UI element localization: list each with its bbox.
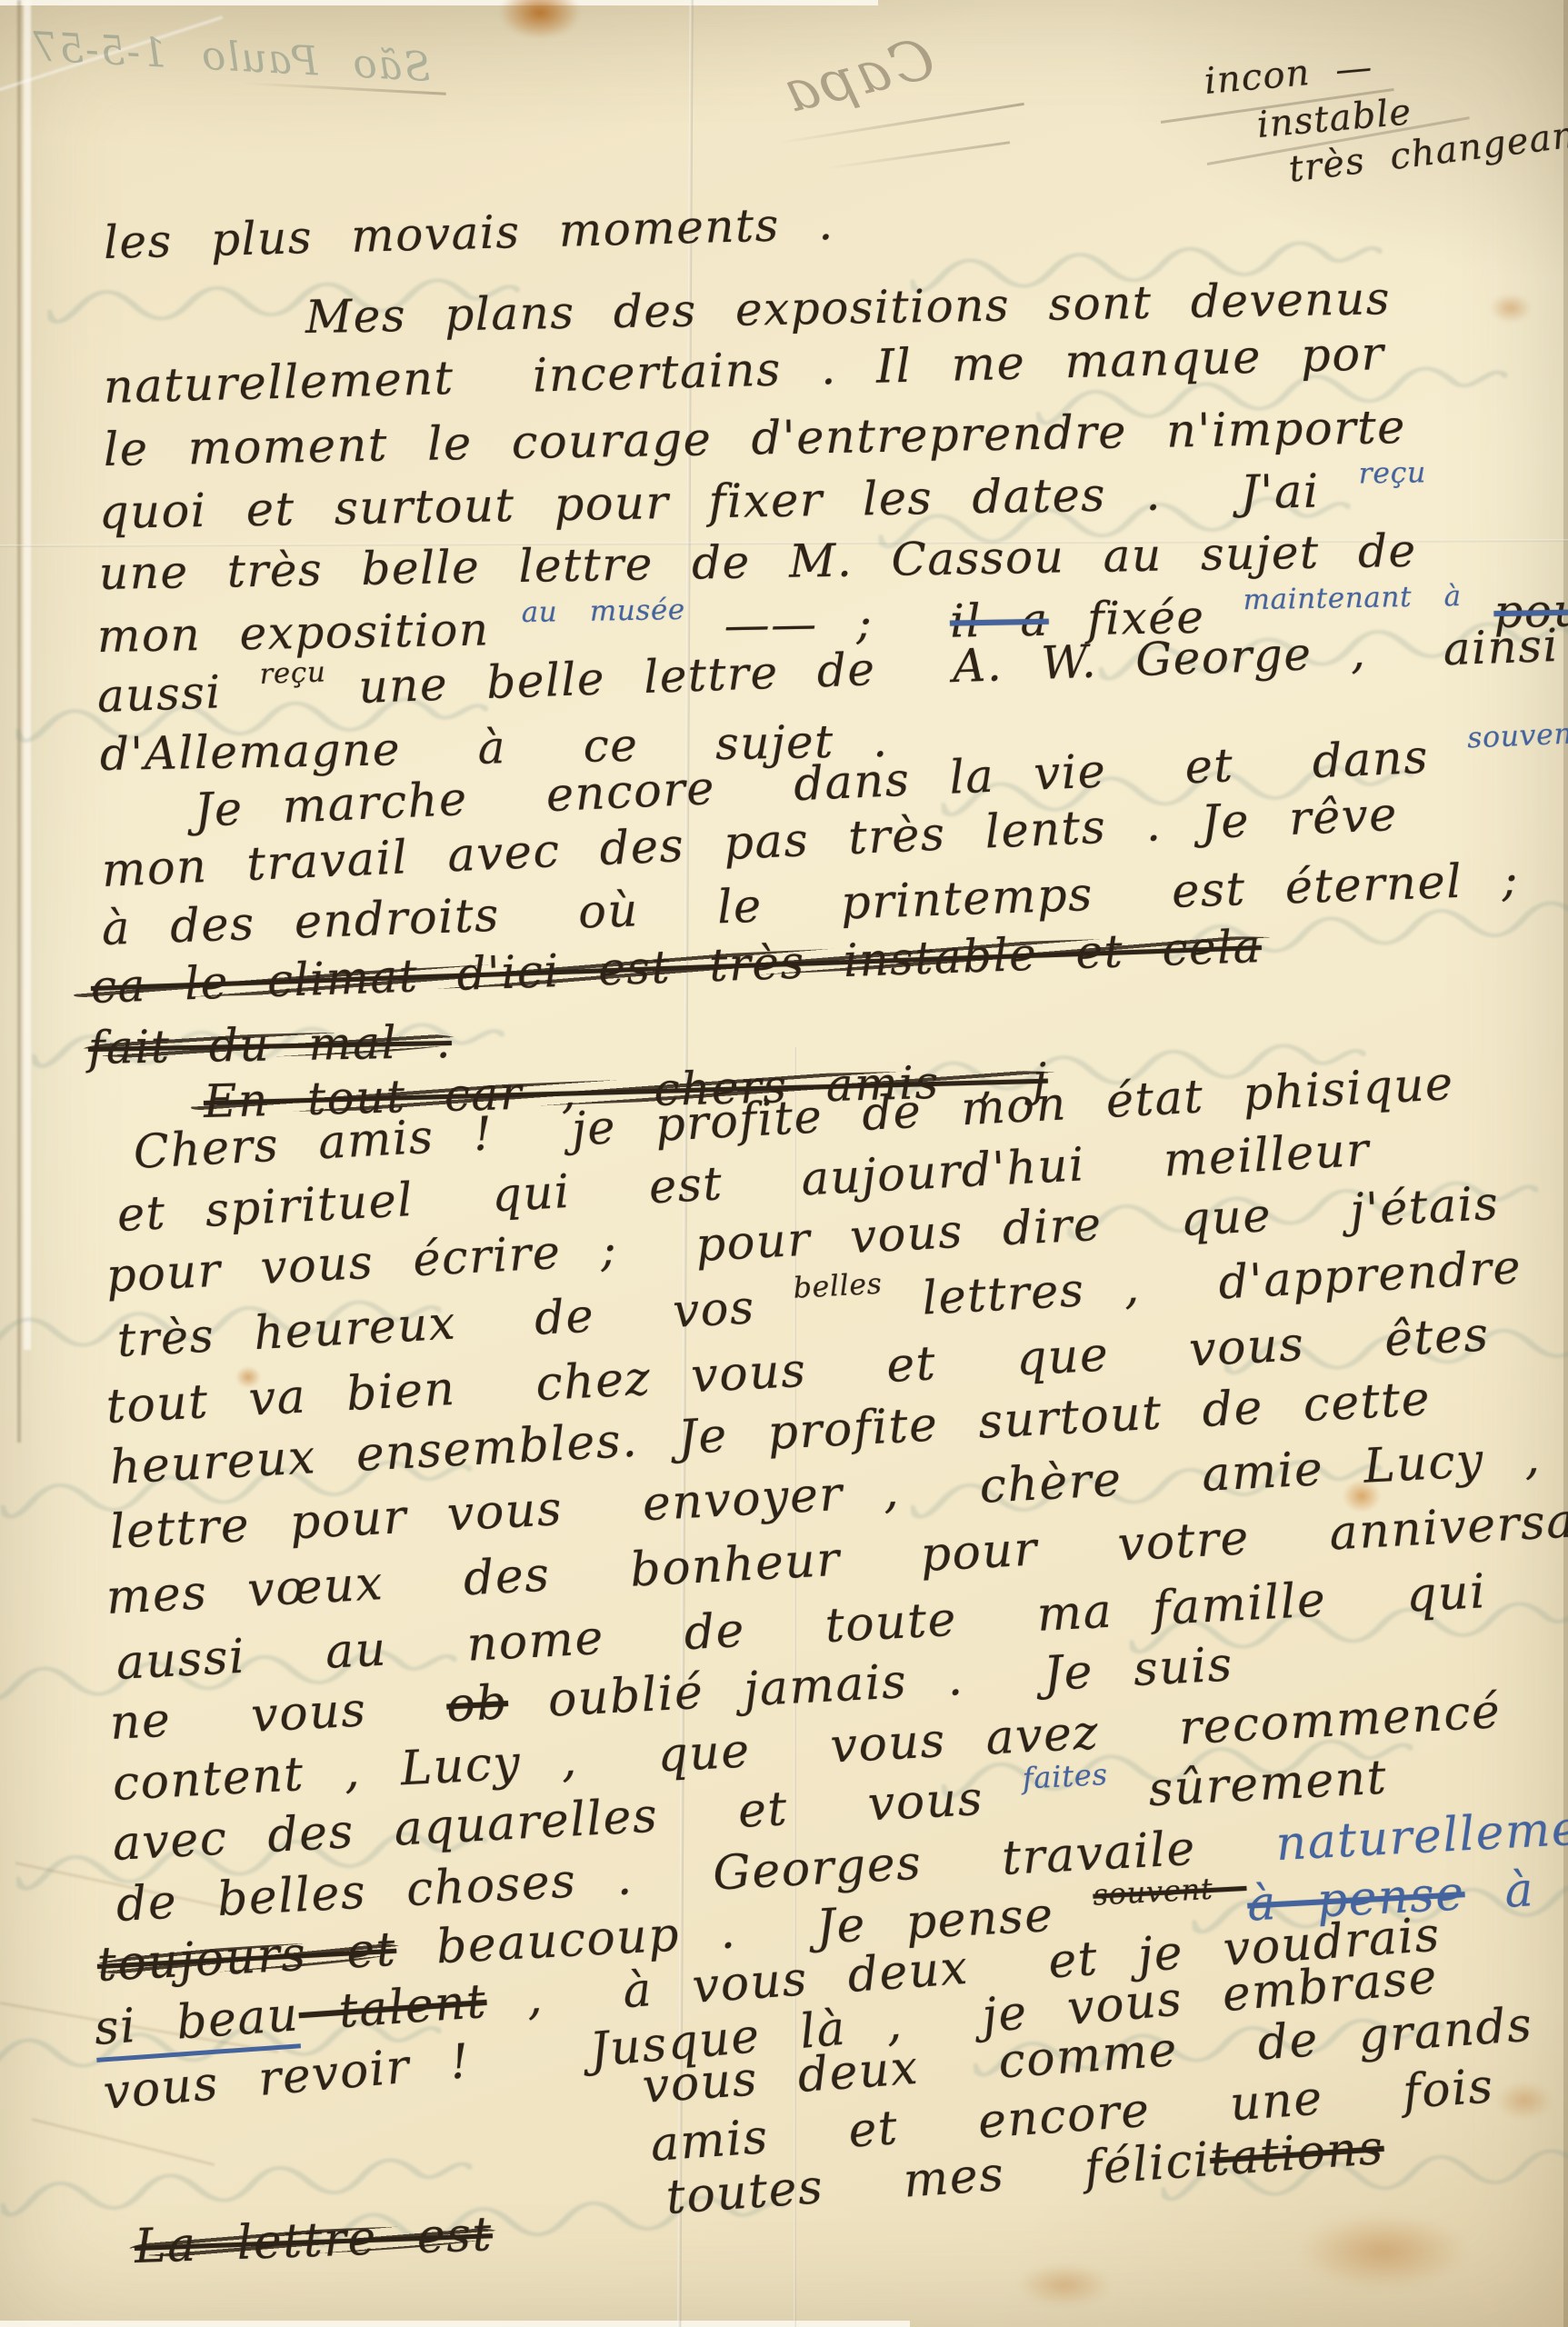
- text-segment: naturellement incertains . Il me manque …: [103, 327, 1385, 414]
- wrinkle: [31, 2118, 215, 2166]
- stain: [1490, 294, 1532, 323]
- stain: [499, 0, 581, 39]
- body-line: La lettre est: [134, 2208, 494, 2275]
- pencil-stroke: [823, 142, 1009, 171]
- paper-edge-top: [0, 0, 878, 5]
- text-segment: reçu: [1358, 456, 1426, 490]
- text-segment: aussi: [96, 664, 261, 723]
- text-segment: les plus movais moments .: [103, 197, 834, 269]
- text-segment: La lettre est: [134, 2208, 494, 2275]
- letter-paper: CapaSão Paulo 1-5-57incon —instabletrès …: [0, 0, 1568, 2327]
- body-line: les plus movais moments .: [103, 197, 834, 269]
- text-segment: sûrement: [1107, 1751, 1389, 1820]
- body-line: le moment le courage d'entreprendre n'im…: [103, 401, 1406, 477]
- text-segment: toujours et: [95, 1923, 397, 1992]
- text-segment: tations: [1208, 2121, 1386, 2187]
- body-line: fait du mal .: [87, 1015, 452, 1074]
- paper-edge-right-shadow: [1563, 0, 1568, 2327]
- stain: [1019, 2264, 1110, 2306]
- text-segment: São Paulo 1-5-57: [30, 24, 433, 91]
- text-segment: au musée: [489, 594, 685, 630]
- text-segment: le moment le courage d'entreprendre n'im…: [103, 401, 1406, 477]
- mirrored-inscription: São Paulo 1-5-57: [30, 24, 433, 91]
- text-segment: mon exposition: [96, 603, 489, 663]
- body-line: naturellement incertains . Il me manque …: [103, 327, 1385, 414]
- paper-edge-left: [24, 0, 31, 1350]
- text-segment: Capa: [776, 25, 941, 126]
- text-segment: incon —: [1203, 45, 1374, 102]
- margin-note-line: incon —: [1203, 45, 1374, 102]
- stain: [1497, 2082, 1552, 2119]
- paper-edge-bottom: [0, 2321, 910, 2327]
- text-segment: ob: [445, 1675, 510, 1733]
- pencil-inscription: Capa: [776, 25, 941, 126]
- text-segment: naturellement: [1274, 1799, 1568, 1873]
- text-segment: belles: [793, 1268, 884, 1305]
- text-segment: fait du mal .: [87, 1015, 452, 1074]
- text-segment: reçu: [259, 654, 359, 691]
- text-segment: faites: [1022, 1757, 1109, 1796]
- paper-edge-left-shadow: [17, 0, 21, 1443]
- stain: [1302, 2215, 1465, 2288]
- text-segment: maintenant à: [1243, 579, 1493, 616]
- text-segment: si beau: [92, 1987, 300, 2062]
- text-segment: à son: [1463, 1856, 1568, 1921]
- text-segment: talent: [296, 1973, 488, 2041]
- text-segment: souvent: [1092, 1870, 1247, 1913]
- text-segment: ne vous: [108, 1679, 447, 1751]
- text-segment: souvent: [1466, 717, 1568, 755]
